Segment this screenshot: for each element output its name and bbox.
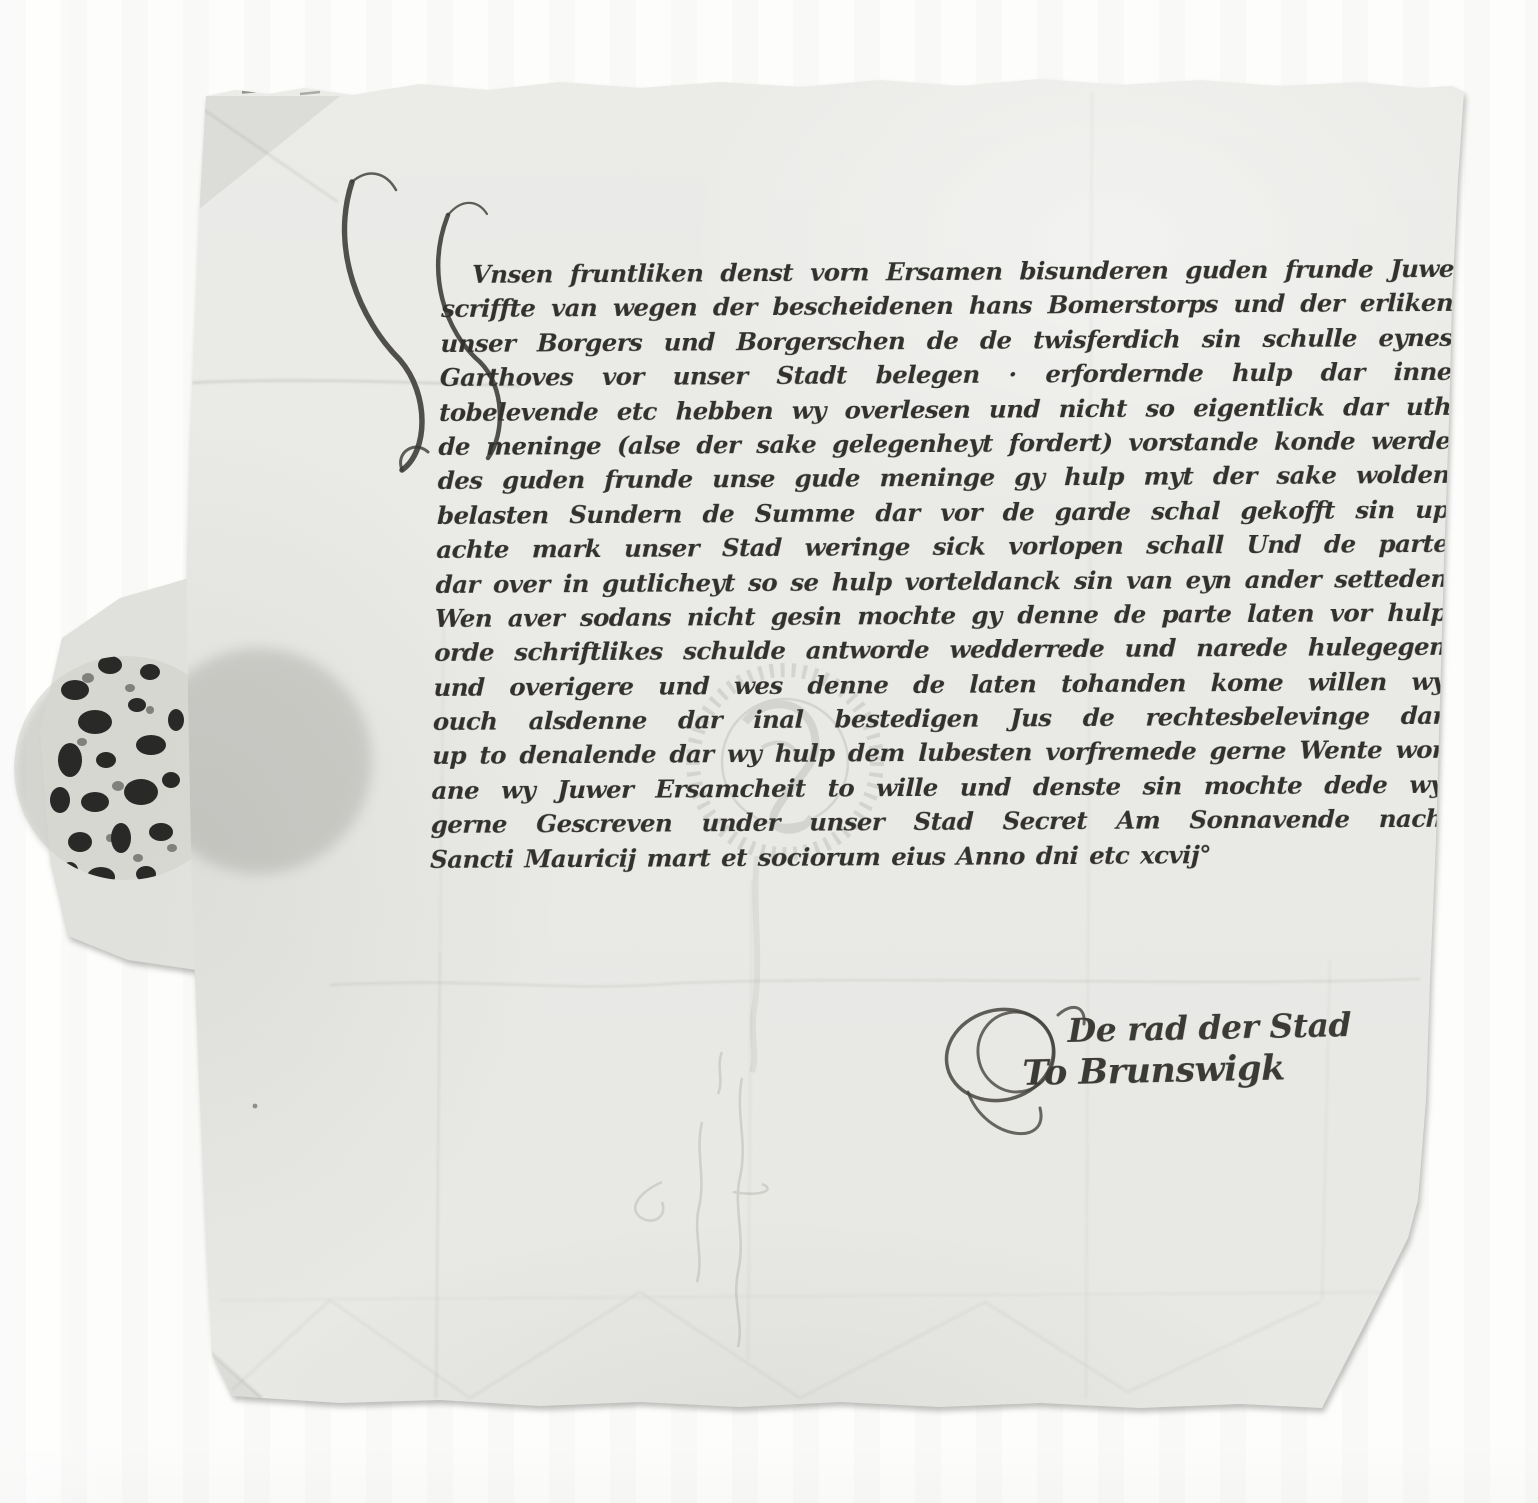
letter-line: des guden frunde unse gude meninge gy hu… bbox=[437, 458, 1450, 499]
letter-line: Sancti Mauricij mart et sociorum eius An… bbox=[430, 837, 1443, 878]
scanned-letter-page: Vnsen fruntliken denst vorn Ersamen bisu… bbox=[0, 0, 1538, 1503]
letter-line: scriffte van wegen der bescheidenen hans… bbox=[441, 286, 1454, 327]
signature-line-1: De rad der Stad bbox=[1067, 1005, 1351, 1050]
letter-line: gerne Gescreven under unser Stad Secret … bbox=[430, 802, 1443, 843]
letter-body: Vnsen fruntliken denst vorn Ersamen bisu… bbox=[430, 252, 1454, 877]
folded-corner bbox=[196, 96, 340, 210]
signature-block: De rad der Stad To Brunswigk bbox=[1067, 1005, 1352, 1093]
letter-line: orde schriftlikes schulde antworde wedde… bbox=[434, 630, 1447, 671]
letter-sheet: Vnsen fruntliken denst vorn Ersamen bisu… bbox=[0, 0, 1538, 1503]
letter-line: achte mark unser Stad weringe sick vorlo… bbox=[436, 527, 1449, 568]
signature-line-2: To Brunswigk bbox=[1022, 1046, 1352, 1094]
letter-line: Garthoves vor unser Stadt belegen · erfo… bbox=[439, 355, 1452, 396]
